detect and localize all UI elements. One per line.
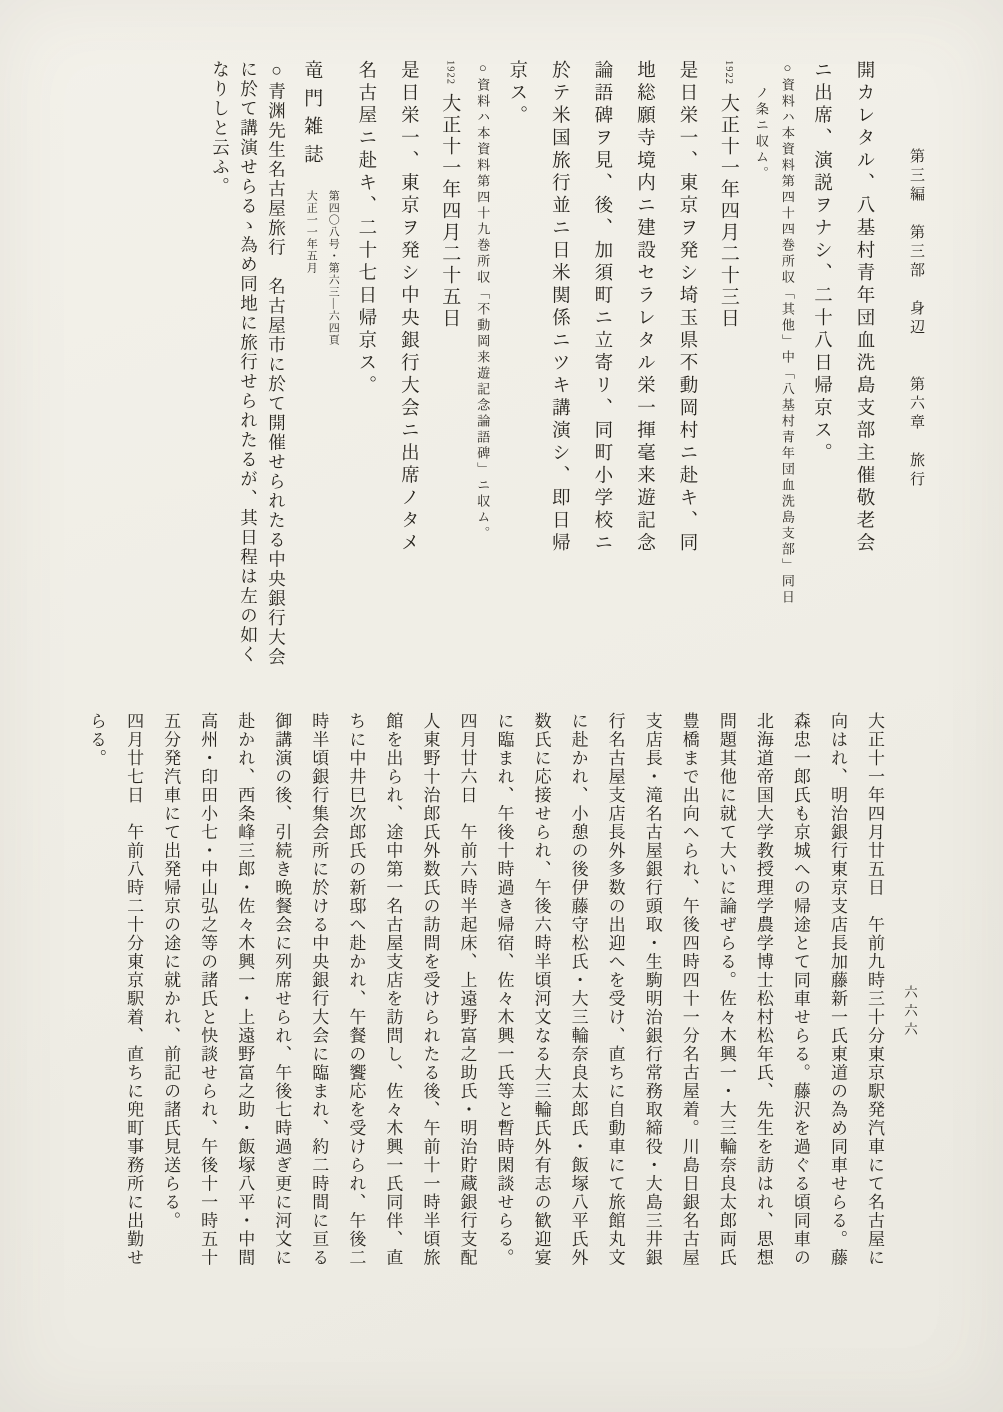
record-section: 開カレタル、八基村青年団血洗島支部主催敬老会ニ出席、演説ヲナシ、二十八日帰京ス。… — [207, 60, 886, 710]
date-heading: 1922大正十一年四月二十五日 — [429, 60, 469, 710]
source-note: ○資料ハ本資料第四十九巻所収「不動岡来遊記念論語碑」ニ収ム。 — [469, 60, 495, 610]
citation-issue: 第四〇八号・第六三―六四頁 — [322, 190, 344, 346]
source-note: ○資料ハ本資料第四十四巻所収「其他」中「八基村青年団血洗島支部」同日ノ条ニ収ム。 — [748, 60, 800, 610]
date-text: 大正十一年四月二十五日 — [439, 93, 460, 330]
date-heading: 1922大正十一年四月二十三日 — [708, 60, 748, 710]
continuation-paragraph: 開カレタル、八基村青年団血洗島支部主催敬老会ニ出席、演説ヲナシ、二十八日帰京ス。 — [800, 60, 885, 562]
year-label: 1922 — [717, 60, 739, 85]
page-number: 六六六 — [899, 985, 919, 1041]
date-text: 大正十一年四月二十三日 — [718, 93, 739, 330]
citation-detail: 第四〇八号・第六三―六四頁大正一一年五月 — [300, 190, 344, 346]
diary-section: 大正十一年四月廿五日 午前九時三十分東京駅発汽車にて名古屋に向はれ、明治銀行東京… — [78, 712, 893, 1272]
article-paragraph: ○青渊先生名古屋旅行 名古屋市に於て開催せられたる中央銀行大会に於て講演せらるゝ… — [207, 60, 291, 670]
year-label: 1922 — [438, 60, 460, 85]
record-paragraph: 是日栄一、東京ヲ発シ中央銀行大会ニ出席ノタメ名古屋ニ赴キ、二十七日帰京ス。 — [344, 60, 429, 562]
record-paragraph: 是日栄一、東京ヲ発シ埼玉県不動岡村ニ赴キ、同地総願寺境内ニ建設セラレタル栄一揮毫… — [495, 60, 708, 562]
running-head: 第三編 第三部 身辺 第六章 旅行 — [906, 148, 927, 490]
diary-paragraph: 四月廿六日 午前六時半起床、上遠野富之助氏・明治貯蔵銀行支配人東野十治郎氏外数氏… — [152, 712, 485, 1272]
journal-citation: 竜門雑誌第四〇八号・第六三―六四頁大正一一年五月 — [291, 60, 345, 710]
diary-paragraph: 大正十一年四月廿五日 午前九時三十分東京駅発汽車にて名古屋に向はれ、明治銀行東京… — [485, 712, 893, 1272]
journal-title: 竜門雑誌 — [301, 60, 322, 172]
diary-paragraph: 四月廿七日 午前八時二十分東京駅着、直ちに兜町事務所に出勤せらる。 — [78, 712, 152, 1272]
citation-date: 大正一一年五月 — [300, 190, 322, 346]
book-page: 第三編 第三部 身辺 第六章 旅行 六六六 開カレタル、八基村青年団血洗島支部主… — [0, 0, 1003, 1412]
